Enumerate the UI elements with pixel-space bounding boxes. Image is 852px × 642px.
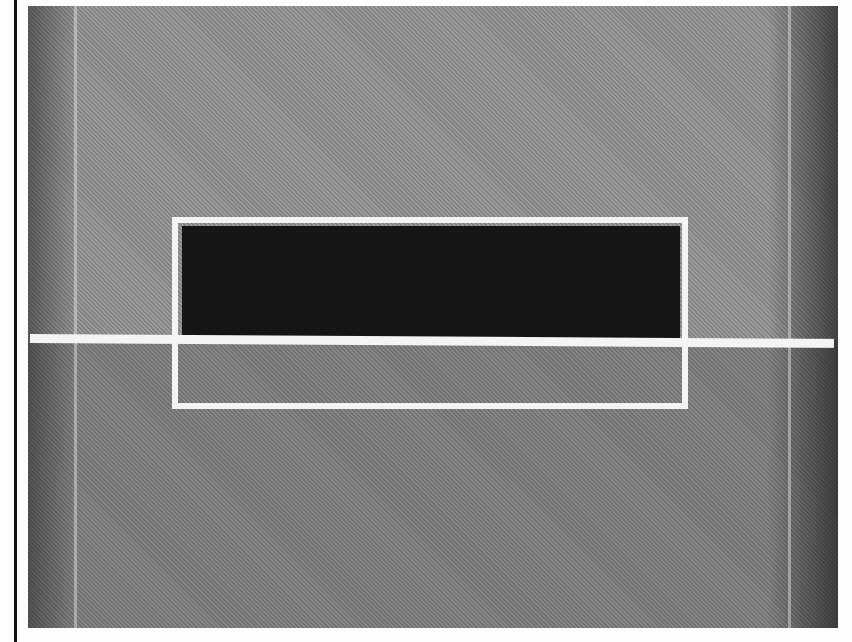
vertical-streak-left [74,6,77,628]
dark-filled-region [182,226,680,338]
vertical-streak-right [788,6,791,628]
page-border [14,0,17,642]
